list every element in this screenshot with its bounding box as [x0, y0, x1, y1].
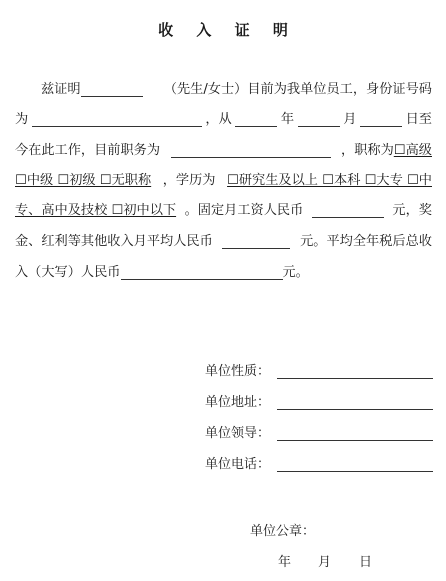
date-day: 日: [359, 551, 372, 570]
name-blank[interactable]: [81, 82, 143, 97]
text: （先生/女士）目前为我单位员工，身份证号码: [164, 80, 432, 100]
company-seal-label: 单位公章：: [250, 520, 315, 539]
text: 兹证明: [41, 80, 81, 100]
monthly-salary-blank[interactable]: [312, 203, 384, 218]
body-line-5: 专、高中及技校 ☐初中以下 。固定月工资人民币 元，奖: [15, 201, 432, 221]
text: ，从: [205, 110, 231, 130]
text: 元，奖: [392, 201, 432, 221]
id-number-blank[interactable]: [32, 112, 202, 127]
title-option-senior[interactable]: ☐高级: [394, 141, 432, 161]
other-income-blank[interactable]: [222, 234, 290, 249]
text: 今在此工作，目前职务为: [15, 141, 160, 161]
date-year: 年: [278, 551, 291, 570]
education-options-cont[interactable]: 专、高中及技校 ☐初中以下: [15, 201, 176, 221]
title-options[interactable]: ☐中级 ☐初级 ☐无职称: [15, 171, 151, 191]
field-company-leader: 单位领导：: [205, 424, 433, 444]
body-line-2: 为 ，从 年 月 日至: [15, 110, 432, 130]
text: ，学历为: [163, 171, 216, 191]
body-line-7: 入（大写）人民币 元。: [15, 263, 432, 283]
field-label: 单位领导：: [205, 424, 270, 444]
text: 为: [15, 110, 28, 130]
company-address-blank[interactable]: [277, 395, 433, 410]
field-label: 单位地址：: [205, 393, 270, 413]
text: 元。: [283, 263, 309, 283]
document-title: 收 入 证 明: [0, 19, 446, 40]
company-leader-blank[interactable]: [277, 426, 433, 441]
text: 。固定月工资人民币: [185, 201, 304, 221]
body-line-4: ☐中级 ☐初级 ☐无职称 ，学历为 ☐研究生及以上 ☐本科 ☐大专 ☐中: [15, 171, 432, 191]
company-type-blank[interactable]: [277, 364, 433, 379]
education-options[interactable]: ☐研究生及以上 ☐本科 ☐大专 ☐中: [227, 171, 432, 191]
annual-income-blank[interactable]: [121, 265, 283, 280]
text: 日至: [406, 110, 432, 130]
text: 元。平均全年税后总收: [300, 232, 432, 252]
position-blank[interactable]: [171, 143, 331, 158]
text: ，职称为: [341, 141, 394, 161]
field-company-phone: 单位电话：: [205, 455, 433, 475]
company-phone-blank[interactable]: [277, 457, 433, 472]
body-line-6: 金、红利等其他收入月平均人民币 元。平均全年税后总收: [15, 232, 432, 252]
text: 入（大写）人民币: [15, 263, 121, 283]
start-day-blank[interactable]: [360, 112, 402, 127]
date-month: 月: [318, 551, 331, 570]
text: 月: [343, 110, 356, 130]
field-label: 单位电话：: [205, 455, 270, 475]
body-line-3: 今在此工作，目前职务为 ，职称为 ☐高级: [15, 141, 432, 161]
field-company-address: 单位地址：: [205, 393, 433, 413]
field-label: 单位性质：: [205, 362, 270, 382]
start-month-blank[interactable]: [298, 112, 340, 127]
text: 金、红利等其他收入月平均人民币: [15, 232, 213, 252]
text: 年: [281, 110, 294, 130]
body-line-1: 兹证明 （先生/女士）目前为我单位员工，身份证号码: [15, 80, 432, 100]
field-company-type: 单位性质：: [205, 362, 433, 382]
start-year-blank[interactable]: [235, 112, 277, 127]
